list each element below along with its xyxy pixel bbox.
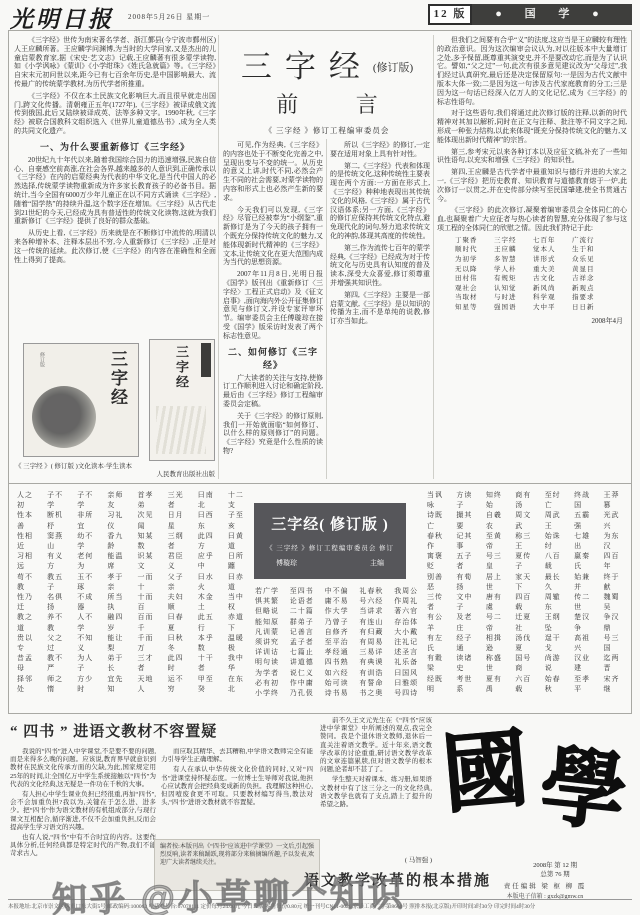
column-rule xyxy=(433,35,434,479)
ink-wash-art xyxy=(32,386,96,448)
preface-section: 三字经(修订版) 前 言 《 三字经 》修订工程编审委员会 《三字经》世传为南宋… xyxy=(8,30,632,484)
headline-title: 三字经(修订版) xyxy=(221,41,433,86)
headline-byline: 《 三字经 》修订工程编审委员会 xyxy=(221,125,433,136)
sanzijing-box-title: 三字经( 修订版 ) xyxy=(254,513,406,534)
headline-title-text: 三字经 xyxy=(241,49,373,84)
section-banner: ● 国 学 ● xyxy=(472,4,632,25)
sanzijing-zone-center: 若广学惧其繁但略说能知原凡训蒙须讲究详训诂明句读为学者必有初小学终至四书论语者二… xyxy=(255,586,421,704)
col-b-paragraphs: 可见,作为经典,《三字经》的内容也处于不断变化完善之中,呈现出变与不变的统一。从… xyxy=(223,141,323,341)
sanzijing-text-section: 人之初性本善性相近习相远苟不教性乃迁教之道贵以专昔孟母择邻处子不学断机杼窦燕山有… xyxy=(8,483,632,714)
calligraphy-char-xue: 學 xyxy=(536,743,631,838)
book-photos: 三字经 修订版 三字经 《 三字经 》( 修订版 )文化读本·学生读本 人民教育… xyxy=(15,339,215,477)
column-rule xyxy=(326,139,327,479)
article2-title: “ 四书 ” 进语文教材不容置疑 xyxy=(10,720,310,741)
article2-col2: 而应取其精华、去其糟粕,中学语文教师完全有能力引导学生正确理解。有人在承认中华传… xyxy=(161,748,313,836)
editor-name: 傅璇琮 xyxy=(276,558,297,568)
section-1-paragraphs: 20世纪九十年代以来,随着我国综合国力的迅速增强,民族自信心、自豪感空前高涨,在… xyxy=(14,156,216,265)
book-caption-line2: 人民教育出版社出版 xyxy=(15,471,215,479)
book-cover-right: 三字经 xyxy=(149,339,215,461)
headline-block: 三字经(修订版) 前 言 《 三字经 》修订工程编审委员会 xyxy=(221,33,433,137)
sanzijing-box-editor: 傅璇琮 主编 xyxy=(254,558,406,568)
cover-label-strip xyxy=(201,343,211,377)
book-caption: 《 三字经 》( 修订版 )文化读本·学生读本 人民教育出版社出版 xyxy=(15,463,215,479)
article3-column: 前不久王文元先生在《“四书”应该进中学课堂》中所阐述的观点,我完全赞同。我是个退… xyxy=(320,717,432,855)
intro-paragraphs: 《三字经》世传为南宋著名学者、浙江鄞县(今宁波市鄞州区)人王应麟所著。王应麟学问… xyxy=(14,36,216,136)
col-b-paragraphs2: 广大读者的关注与支持,使修订工作顺利进入讨论和确定阶段,最后由《三字经》修订工程… xyxy=(223,374,323,456)
section-2-heading: 二、如何修订《三字经》 xyxy=(223,345,323,371)
book-caption-line1: 《 三字经 》( 修订版 )文化读本·学生读本 xyxy=(15,463,215,471)
book-cover-title: 三字经 xyxy=(105,350,130,407)
sanzijing-zone-right: 当讽咏诗既亡春秋作寓褒贬别善恶三传者有公羊有左氏有穀梁经既明方读子撮其要记其事五… xyxy=(427,490,627,706)
book-cover-mark: 修订版 xyxy=(38,352,45,367)
headline-edition: (修订版) xyxy=(373,62,413,74)
sanzijing-title-box: 三字经( 修订版 ) 《 三字经 》修订工程编审委员会 修订 傅璇琮 主编 xyxy=(254,503,406,579)
sanzijing-zone-left: 人之初性本善性相近习相远苟不教性乃迁教之道贵以专昔孟母择邻处子不学断机杼窦燕山有… xyxy=(17,490,251,706)
masthead: 光明日报 2008年5月26日 星期一 12 版 ● 国 学 ● xyxy=(0,0,640,28)
zhihu-watermark: 知乎 @小草聊个知识 xyxy=(52,863,613,915)
article3-signature: ( 马智强 ) xyxy=(320,855,432,864)
col-d-paragraphs: 但我们之间要有合乎“义”的法度,这应当是王应麟较有理性的政治意识。因为这次编审会… xyxy=(437,36,627,233)
section-1-heading: 一、为什么要重新修订《三字经》 xyxy=(14,140,216,153)
preface-col-left: 《三字经》世传为南宋著名学者、浙江鄞县(今宁波市鄞州区)人王应麟所著。王应麟学问… xyxy=(14,36,216,336)
calligraphy-char-guo: 國 xyxy=(438,725,531,818)
preface-col-mid2: 所以《三字经》的修订,一定要在适用对象上具有针对性。第二,《三字经》代表和体现的… xyxy=(330,141,430,477)
newspaper-page: 光明日报 2008年5月26日 星期一 12 版 ● 国 学 ● 三字经(修订版… xyxy=(0,0,640,915)
headline-subtitle: 前 言 xyxy=(221,88,433,119)
column-rule xyxy=(218,35,219,479)
preface-col-right: 但我们之间要有合乎“义”的法度,这应当是王应麟较有理性的政治意识。因为这次编审会… xyxy=(437,36,627,478)
preface-col-mid1: 可见,作为经典,《三字经》的内容也处于不断变化完善之中,呈现出变与不变的统一。从… xyxy=(223,141,323,477)
editor-role: 主编 xyxy=(370,558,384,568)
page-number-box: 12 版 xyxy=(428,4,472,25)
book-cover-title: 三字经 xyxy=(172,345,191,390)
book-cover-left: 三字经 修订版 xyxy=(23,343,139,457)
masthead-date: 2008年5月26日 星期一 xyxy=(128,12,210,22)
guoxue-calligraphy: 國 學 xyxy=(440,725,632,857)
sanzijing-box-committee: 《 三字经 》修订工程编审委员会 修订 xyxy=(254,543,406,552)
cover-sketch-art xyxy=(156,406,206,454)
col-c-paragraphs: 所以《三字经》的修订,一定要在适用对象上具有针对性。第二,《三字经》代表和体现的… xyxy=(330,141,430,326)
committee-phrase-grid: 丁聚香三字经七百年广流行顺时代王应麟觉本人生于和为初学多智慧讲形式众乐见无以降学… xyxy=(455,237,605,313)
preface-date: 2008年4月 xyxy=(437,316,627,326)
